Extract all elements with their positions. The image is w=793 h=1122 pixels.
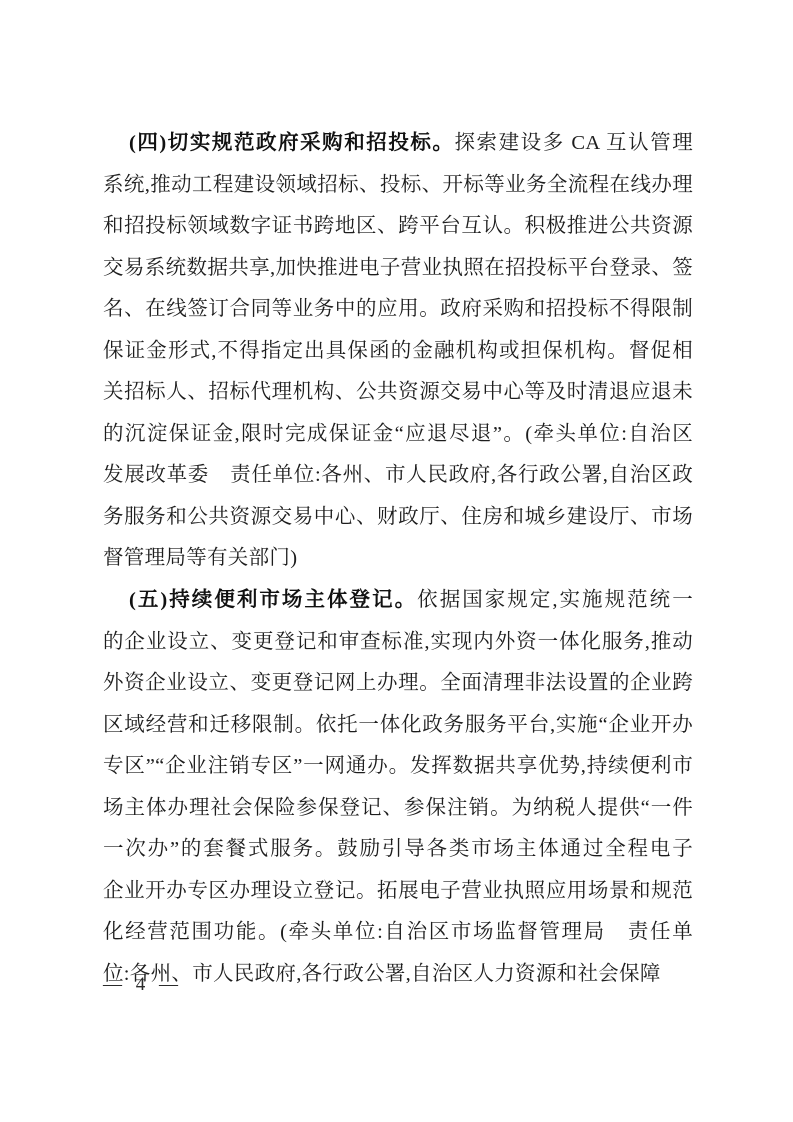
body-text: 依据国家规定,实施规范统一 (417, 589, 693, 611)
text-line: 系统,推动工程建设领域招标、投标、开标等业务全流程在线办理 (103, 165, 693, 207)
text-line: 的企业设立、变更登记和审查标准,实现内外资一体化服务,推动 (103, 622, 693, 664)
section-heading-text: (五)持续便利市场主体登记。 (129, 589, 417, 611)
body-text: 场主体办理社会保险参保登记、参保注销。为纳税人提供“一件事 (103, 797, 693, 830)
text-line: 督管理局等有关部门) (103, 538, 693, 580)
section-heading-text: (四)切实规范政府采购和招投标。 (129, 132, 454, 154)
text-line: 保证金形式,不得指定出具保函的金融机构或担保机构。督促相 (103, 331, 693, 373)
body-text: 的企业设立、变更登记和审查标准,实现内外资一体化服务,推动 (103, 631, 693, 653)
text-line: 和招投标领域数字证书跨地区、跨平台互认。积极推进公共资源 (103, 206, 693, 248)
text-line: 化经营范围功能。(牵头单位:自治区市场监督管理局 责任单 (103, 912, 693, 954)
text-line: 关招标人、招标代理机构、公共资源交易中心等及时清退应退未退 (103, 372, 693, 414)
text-line: 的沉淀保证金,限时完成保证金“应退尽退”。(牵头单位:自治区 (103, 414, 693, 456)
body-text: 交易系统数据共享,加快推进电子营业执照在招投标平台登录、签 (103, 257, 693, 279)
body-text: 名、在线签订合同等业务中的应用。政府采购和招投标不得限制 (103, 298, 693, 320)
body-text: 督管理局等有关部门) (103, 547, 297, 569)
text-line: 名、在线签订合同等业务中的应用。政府采购和招投标不得限制 (103, 289, 693, 331)
body-text: 保证金形式,不得指定出具保函的金融机构或担保机构。督促相 (103, 340, 693, 362)
body-text: 的沉淀保证金,限时完成保证金“应退尽退”。(牵头单位:自治区 (103, 423, 693, 445)
text-line: 交易系统数据共享,加快推进电子营业执照在招投标平台登录、签 (103, 248, 693, 290)
body-text: 务服务和公共资源交易中心、财政厅、住房和城乡建设厅、市场监 (103, 506, 693, 539)
text-line: 企业开办专区办理设立登记。拓展电子营业执照应用场景和规范 (103, 871, 693, 913)
body-text: 专区”“企业注销专区”一网通办。发挥数据共享优势,持续便利市 (103, 755, 693, 777)
body-text: 外资企业设立、变更登记网上办理。全面清理非法设置的企业跨 (103, 672, 693, 694)
text-line: (五)持续便利市场主体登记。依据国家规定,实施规范统一 (103, 580, 693, 622)
body-text: 区域经营和迁移限制。依托一体化政务服务平台,实施“企业开办 (103, 714, 693, 736)
text-line: 一次办”的套餐式服务。鼓励引导各类市场主体通过全程电子化、 (103, 829, 693, 871)
body-text: 位:各州、市人民政府,各行政公署,自治区人力资源和社会保障 (103, 963, 661, 985)
text-line: 区域经营和迁移限制。依托一体化政务服务平台,实施“企业开办 (103, 705, 693, 747)
document-body: (四)切实规范政府采购和招投标。探索建设多 CA 互认管理系统,推动工程建设领域… (103, 123, 693, 995)
text-line: 专区”“企业注销专区”一网通办。发挥数据共享优势,持续便利市 (103, 746, 693, 788)
body-text: 系统,推动工程建设领域招标、投标、开标等业务全流程在线办理 (103, 174, 693, 196)
paragraph-section-五: (五)持续便利市场主体登记。依据国家规定,实施规范统一的企业设立、变更登记和审查… (103, 580, 693, 995)
document-page: (四)切实规范政府采购和招投标。探索建设多 CA 互认管理系统,推动工程建设领域… (0, 0, 793, 1122)
body-text: 发展改革委 责任单位:各州、市人民政府,各行政公署,自治区政 (103, 464, 693, 486)
text-line: 外资企业设立、变更登记网上办理。全面清理非法设置的企业跨 (103, 663, 693, 705)
body-text: 和招投标领域数字证书跨地区、跨平台互认。积极推进公共资源 (103, 215, 693, 237)
body-text: 关招标人、招标代理机构、公共资源交易中心等及时清退应退未退 (103, 381, 693, 414)
text-line: 发展改革委 责任单位:各州、市人民政府,各行政公署,自治区政 (103, 455, 693, 497)
text-line: 位:各州、市人民政府,各行政公署,自治区人力资源和社会保障 (103, 954, 693, 996)
body-text: 化经营范围功能。(牵头单位:自治区市场监督管理局 责任单 (103, 921, 693, 943)
text-line: (四)切实规范政府采购和招投标。探索建设多 CA 互认管理 (103, 123, 693, 165)
body-text: 企业开办专区办理设立登记。拓展电子营业执照应用场景和规范 (103, 880, 693, 902)
text-line: 场主体办理社会保险参保登记、参保注销。为纳税人提供“一件事 (103, 788, 693, 830)
paragraph-section-四: (四)切实规范政府采购和招投标。探索建设多 CA 互认管理系统,推动工程建设领域… (103, 123, 693, 580)
text-line: 务服务和公共资源交易中心、财政厅、住房和城乡建设厅、市场监 (103, 497, 693, 539)
body-text: 一次办”的套餐式服务。鼓励引导各类市场主体通过全程电子化、 (103, 838, 693, 871)
page-number: — 4 — (103, 972, 179, 998)
body-text: 探索建设多 CA 互认管理 (454, 132, 693, 154)
